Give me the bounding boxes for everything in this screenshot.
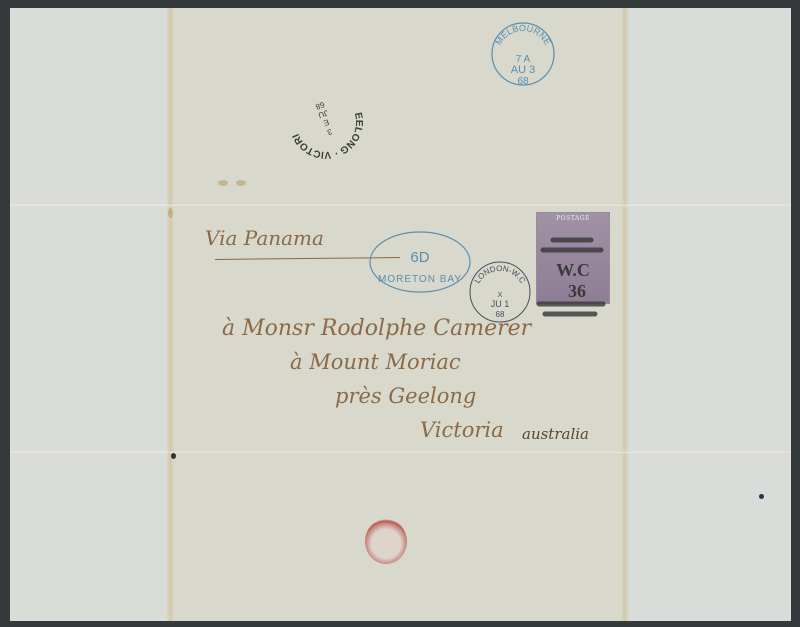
ink-spot xyxy=(759,494,764,499)
vertical-fold-right xyxy=(621,8,629,621)
svg-text:68: 68 xyxy=(517,76,529,87)
horizontal-fold-top xyxy=(10,204,791,207)
stain xyxy=(218,180,228,186)
vertical-fold-left xyxy=(166,8,174,621)
routing-endorsement: Via Panama xyxy=(205,226,324,250)
wax-seal-remnant xyxy=(365,519,407,564)
stain xyxy=(236,180,246,186)
svg-text:AU 3: AU 3 xyxy=(511,64,535,76)
geelong-postmark: GEELONG · VICTORIA 3 E JU 68 xyxy=(284,82,368,162)
svg-text:LONDON-W.C: LONDON-W.C xyxy=(473,264,528,285)
right-flap xyxy=(625,8,791,621)
svg-text:JU 1: JU 1 xyxy=(491,299,510,309)
svg-text:X: X xyxy=(498,292,503,299)
svg-text:36: 36 xyxy=(568,281,586,301)
left-flap xyxy=(10,8,170,621)
stamp-header: POSTAGE xyxy=(537,215,609,222)
svg-text:6D: 6D xyxy=(410,249,429,266)
horizontal-fold-bottom xyxy=(10,451,791,454)
stain xyxy=(168,208,173,218)
duplex-numeral-cancel: W.C 36 xyxy=(533,232,611,324)
moreton-bay-oval-postmark: 6D MORETON BAY xyxy=(366,226,476,298)
svg-text:MORETON BAY: MORETON BAY xyxy=(378,274,462,285)
address-line-4: Victoria xyxy=(420,418,504,442)
stain xyxy=(171,453,176,459)
address-line-2: à Mount Moriac xyxy=(290,350,461,374)
svg-text:MELBOURNE: MELBOURNE xyxy=(493,23,553,47)
svg-text:68: 68 xyxy=(314,100,326,112)
svg-text:W.C: W.C xyxy=(556,260,590,280)
melbourne-postmark: MELBOURNE 7 A AU 3 68 xyxy=(484,20,562,92)
address-line-3: près Geelong xyxy=(335,384,476,408)
address-line-5: australia xyxy=(522,425,589,443)
address-line-1: à Monsr Rodolphe Camerer xyxy=(222,316,531,341)
svg-text:3: 3 xyxy=(325,127,333,137)
